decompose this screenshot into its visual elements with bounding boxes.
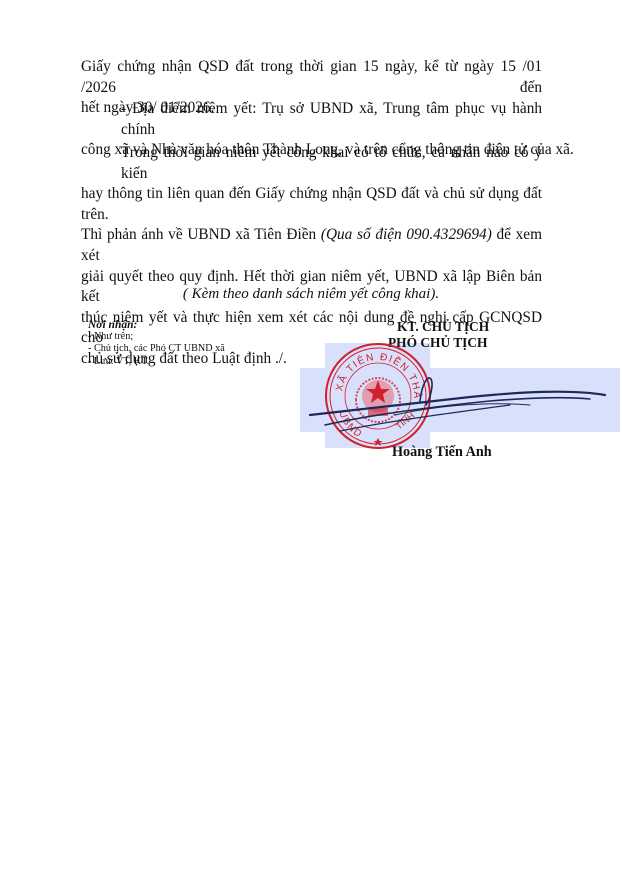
- text-line: hay thông tin liên quan đến Giấy chứng n…: [81, 184, 542, 225]
- recipient-item: - Lưu: VT, KT.: [88, 356, 225, 368]
- recipient-item: - Chủ tịch, các Phó CT UBND xã: [88, 343, 225, 355]
- text-line: Thì phản ánh về UBND xã Tiên Điền (Qua s…: [81, 225, 542, 266]
- signature-title-line1: KT. CHỦ TỊCH: [397, 319, 489, 335]
- recipients-title: Nơi nhận:: [88, 319, 225, 331]
- recipients-block: Nơi nhận: - Như trên; - Chủ tịch, các Ph…: [88, 319, 225, 368]
- text-line: - Địa điểm niêm yết: Trụ sở UBND xã, Tru…: [81, 99, 542, 140]
- recipient-item: - Như trên;: [88, 331, 225, 343]
- attachment-note: ( Kèm theo danh sách niêm yết công khai)…: [0, 286, 622, 303]
- handwritten-signature: [300, 365, 622, 435]
- text-segment: Thì phản ánh về UBND xã Tiên Điền: [81, 226, 321, 243]
- text-line: Trong thời gian niêm yết công khai có tổ…: [81, 143, 542, 184]
- signer-name: Hoàng Tiến Anh: [392, 444, 492, 461]
- text-line: Giấy chứng nhận QSD đất trong thời gian …: [81, 57, 542, 98]
- phone-note: (Qua số điện 090.4329694): [321, 226, 492, 243]
